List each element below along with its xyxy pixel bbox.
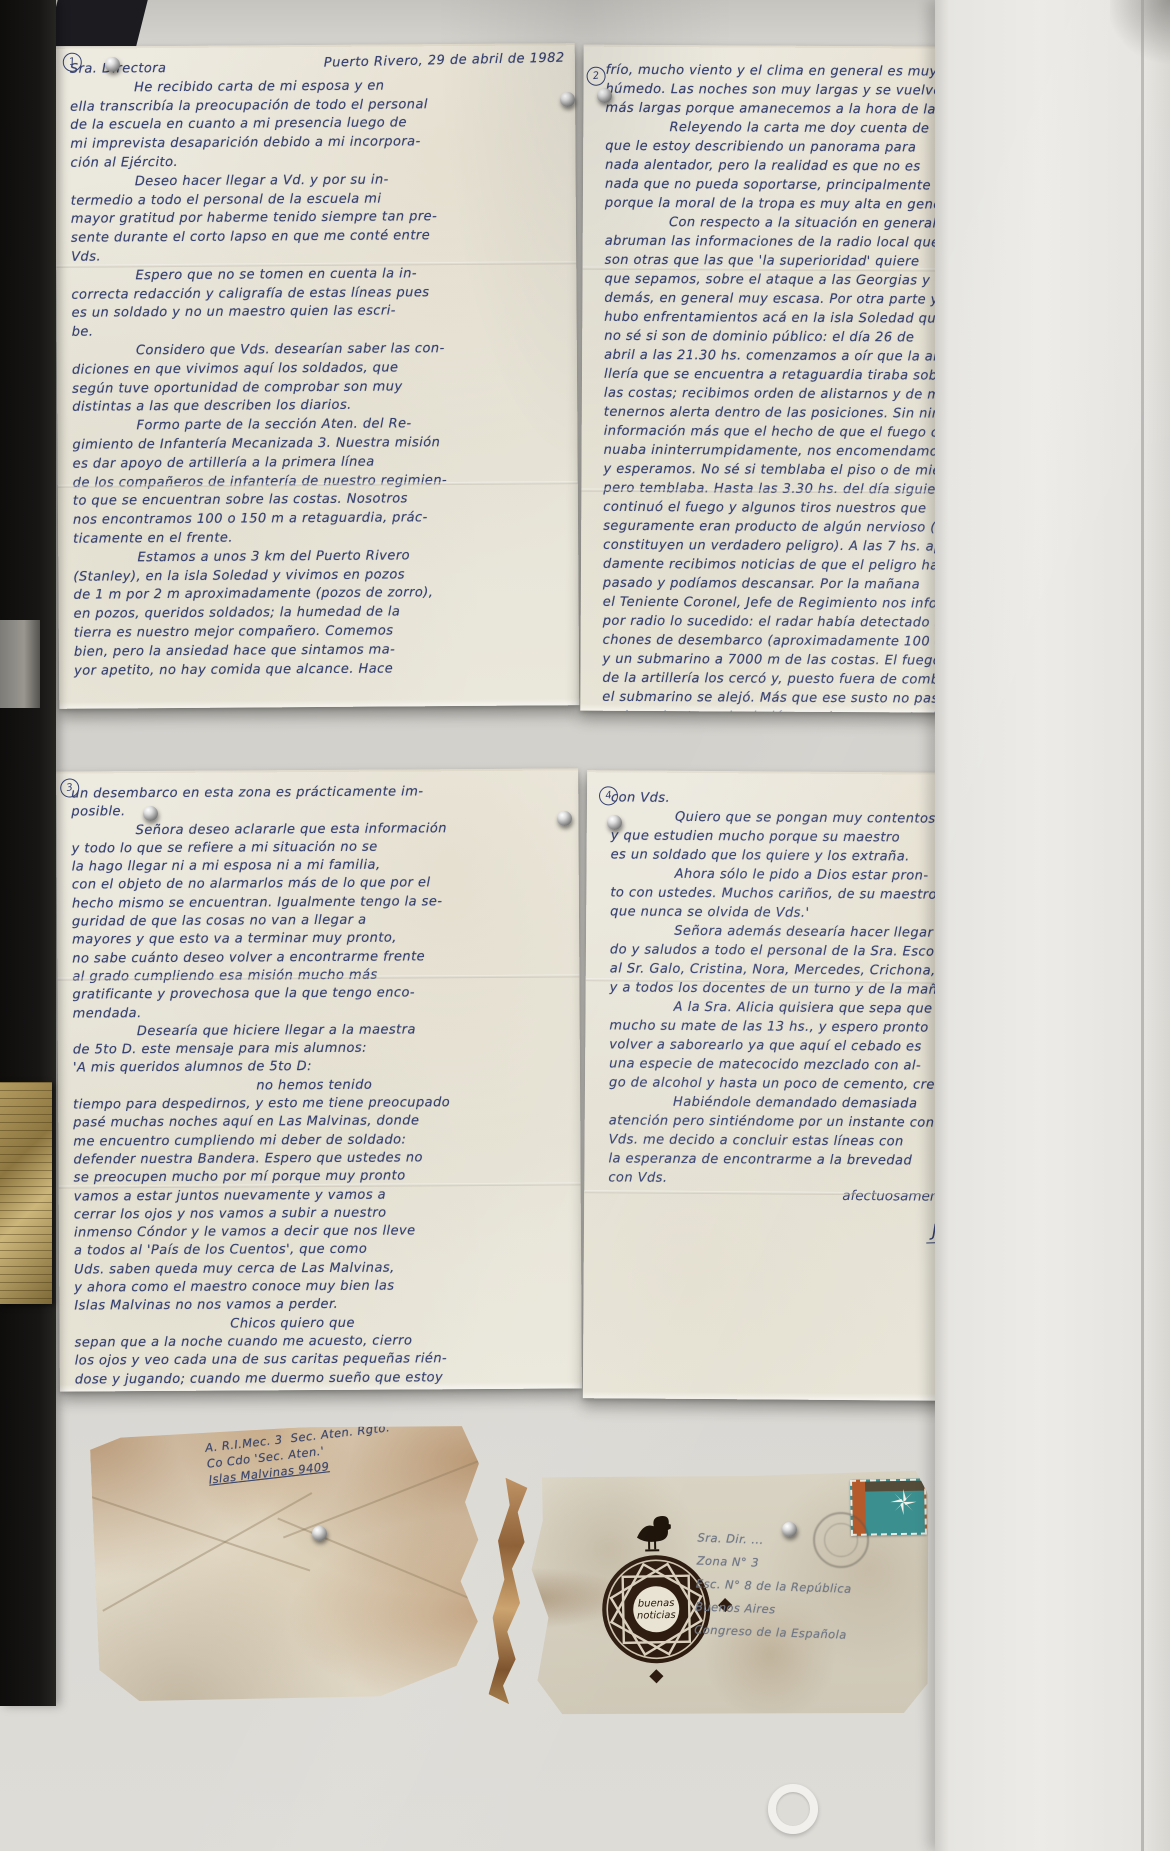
display-case-frame-right xyxy=(935,0,1170,1851)
push-pin xyxy=(312,1526,327,1541)
handwritten-line: yor apetito, no hay comida que alcance. … xyxy=(74,659,575,681)
stamp-pinwheel-icon xyxy=(888,1487,919,1518)
envelope-right: buenas noticias Sra. Dir. ...Zona N° 3Es… xyxy=(526,1471,932,1720)
envelope-flap-line xyxy=(277,1518,481,1604)
frame-latch xyxy=(0,620,40,708)
push-pin xyxy=(782,1522,797,1537)
display-case-photo: 1 Puerto Rivero, 29 de abril de 1982 Sra… xyxy=(0,0,1170,1851)
display-case-frame-left xyxy=(0,0,56,1706)
white-ring-object xyxy=(768,1784,818,1834)
handwritten-text-page-3: un desembarco en esta zona es prácticame… xyxy=(71,782,578,1391)
push-pin xyxy=(597,88,612,103)
push-pin xyxy=(560,92,575,107)
emblem-text-line2: noticias xyxy=(637,1610,676,1622)
torn-paper-fragment xyxy=(488,1477,528,1704)
bird-icon xyxy=(630,1509,671,1556)
letter-page-3: 3 un desembarco en esta zona es práctica… xyxy=(56,768,582,1391)
handwritten-line: dose y jugando; cuando me duermo sueño q… xyxy=(75,1368,578,1389)
page-number-badge: 2 xyxy=(585,66,606,87)
emblem-text-line1: buenas xyxy=(638,1598,675,1610)
envelope-flap-line xyxy=(92,1496,311,1571)
push-pin xyxy=(143,806,158,821)
handwritten-line: Congreso de la Española xyxy=(694,1618,850,1646)
dark-corner-object xyxy=(46,0,147,46)
brass-plaque xyxy=(0,1082,52,1304)
push-pin xyxy=(607,815,622,830)
emblem-ornament xyxy=(649,1669,663,1683)
letter-page-1: 1 Puerto Rivero, 29 de abril de 1982 Sra… xyxy=(55,43,580,709)
envelope-left: A. R.I.Mec. 3 Sec. Aten. Rgto.Co Cdo 'Se… xyxy=(89,1420,488,1708)
push-pin xyxy=(105,57,120,72)
handwritten-text-page-1: Sra. Directora He recibido carta de mi e… xyxy=(70,57,576,708)
envelope-right-address: Sra. Dir. ...Zona N° 3Esc. N° 8 de la Re… xyxy=(694,1527,854,1647)
envelope-left-address: A. R.I.Mec. 3 Sec. Aten. Rgto.Co Cdo 'Se… xyxy=(204,1419,394,1487)
push-pin xyxy=(557,811,572,826)
